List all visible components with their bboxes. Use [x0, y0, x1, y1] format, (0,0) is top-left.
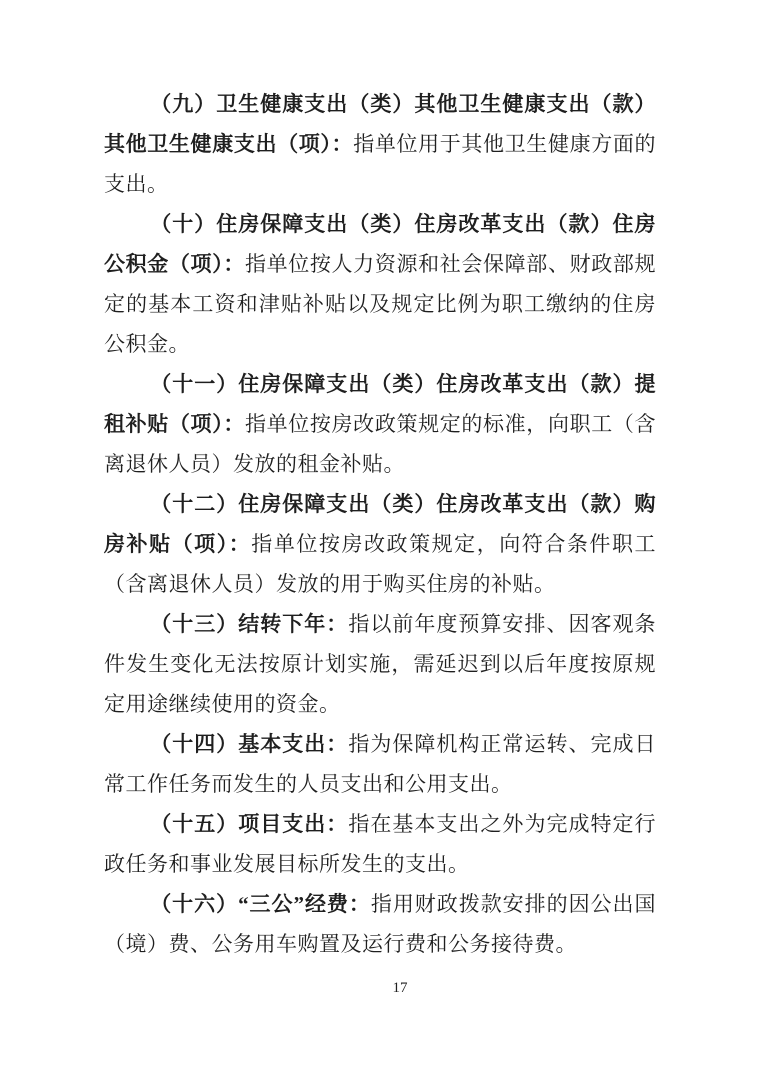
definition-item-13: （十三）结转下年：指以前年度预算安排、因客观条件发生变化无法按原计划实施，需延迟… [104, 604, 656, 724]
definition-item-16: （十六）“三公”经费：指用财政拨款安排的因公出国（境）费、公务用车购置及运行费和… [104, 884, 656, 964]
document-body: （九）卫生健康支出（类）其他卫生健康支出（款）其他卫生健康支出（项）：指单位用于… [104, 84, 656, 964]
definition-item-12: （十二）住房保障支出（类）住房改革支出（款）购房补贴（项）：指单位按房改政策规定… [104, 484, 656, 604]
term-label: （十四）基本支出： [150, 732, 348, 756]
term-label: （十六）“三公”经费： [150, 892, 371, 916]
term-label: （十三）结转下年： [150, 612, 348, 636]
page-number-value: 17 [393, 980, 408, 996]
page-number: 17 [0, 980, 760, 997]
definition-item-15: （十五）项目支出：指在基本支出之外为完成特定行政任务和事业发展目标所发生的支出。 [104, 804, 656, 884]
definition-item-11: （十一）住房保障支出（类）住房改革支出（款）提租补贴（项）：指单位按房改政策规定… [104, 364, 656, 484]
definition-item-14: （十四）基本支出：指为保障机构正常运转、完成日常工作任务而发生的人员支出和公用支… [104, 724, 656, 804]
definition-item-9: （九）卫生健康支出（类）其他卫生健康支出（款）其他卫生健康支出（项）：指单位用于… [104, 84, 656, 204]
document-page: （九）卫生健康支出（类）其他卫生健康支出（款）其他卫生健康支出（项）：指单位用于… [0, 0, 760, 1074]
term-label: （十五）项目支出： [150, 812, 348, 836]
definition-item-10: （十）住房保障支出（类）住房改革支出（款）住房公积金（项）：指单位按人力资源和社… [104, 204, 656, 364]
